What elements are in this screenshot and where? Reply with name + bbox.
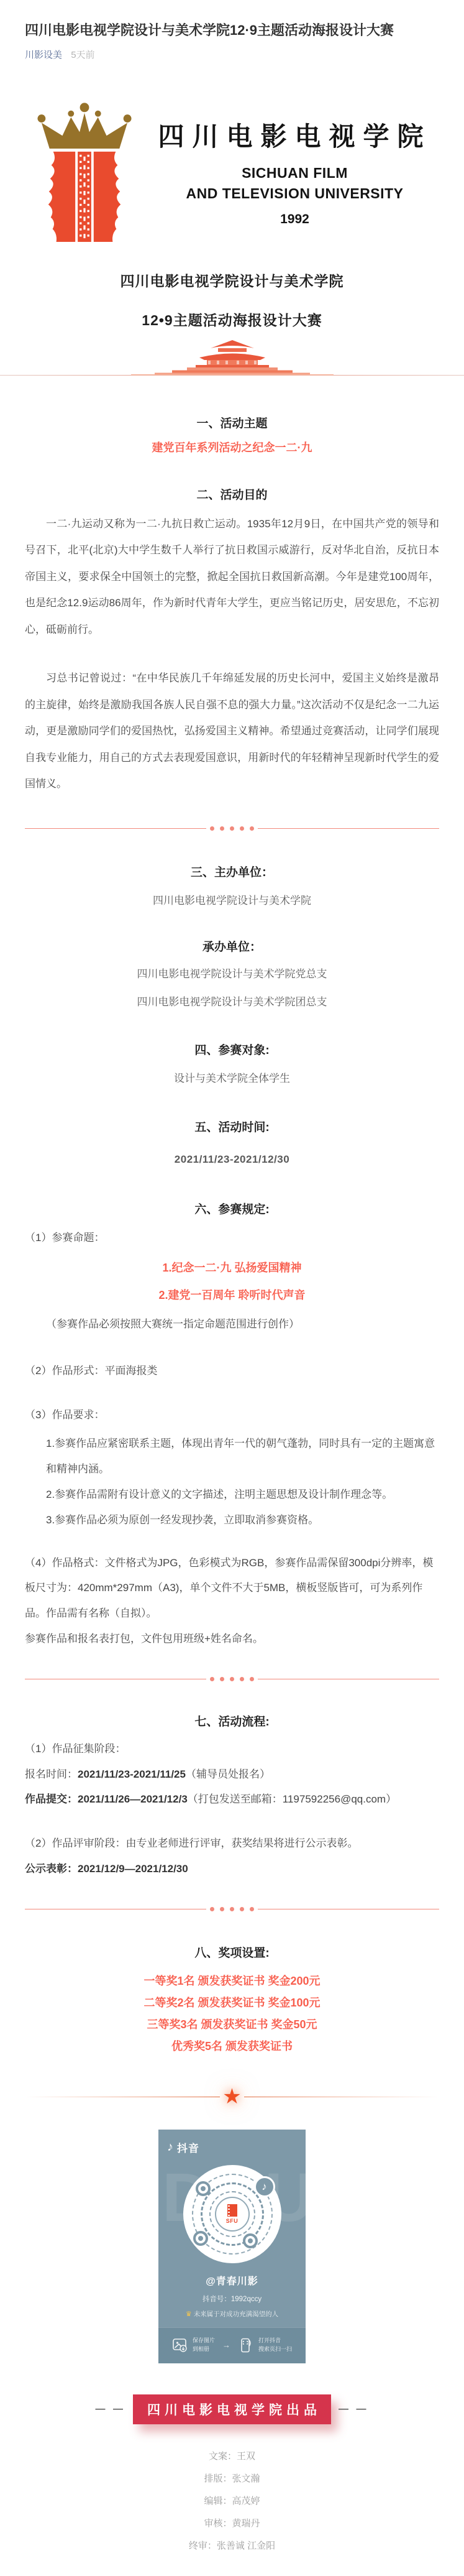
douyin-logo-icon: ♪ [167, 2140, 173, 2154]
award-excellence: 优秀奖5名 颁发获奖证书 [0, 2036, 464, 2057]
qr-instructions: 保存图片到相册 → 打开抖音搜索页扫一扫 [158, 2327, 306, 2363]
production-banner: 四川电影电视学院出品 [133, 2394, 331, 2424]
qr-code: ♪ SFU [183, 2165, 281, 2263]
topic-note: （参赛作品必须按照大赛统一指定命题范围进行创作） [25, 1312, 439, 1337]
qr-eye-icon [196, 2181, 211, 2196]
packaging-note: 参赛作品和报名表打包，文件包用班级+姓名命名。 [25, 1627, 439, 1652]
organizer-unit-2: 四川电影电视学院设计与美术学院团总支 [0, 994, 464, 1010]
submission-line: 作品提交：2021/11/26—2021/12/3（打包发送至邮箱：119759… [25, 1787, 439, 1812]
dot-divider [25, 826, 439, 831]
section-6-title: 六、参赛规定: [0, 1200, 464, 1217]
douyin-slogan: ♛未来属于对成功充满渴望的人 [158, 2309, 306, 2319]
participants: 设计与美术学院全体学生 [0, 1070, 464, 1087]
registration-line: 报名时间：2021/11/23-2021/11/25（辅导员处报名） [25, 1762, 439, 1788]
submission-note: （打包发送至邮箱：1197592256@qq.com） [188, 1793, 396, 1805]
byline: 川影设美 5天前 [25, 48, 439, 61]
divider-dots-icon [210, 1907, 254, 1911]
dot-divider [25, 1907, 439, 1911]
dot-divider [25, 1677, 439, 1681]
registration-label: 报名时间： [25, 1768, 78, 1780]
douyin-brand-label: 抖音 [177, 2140, 199, 2155]
submission-dates: 2021/11/26—2021/12/3 [78, 1793, 188, 1805]
banner-dash-left: — — [96, 2404, 125, 2415]
palace-illustration [0, 341, 464, 379]
arrow-icon: → [222, 2340, 230, 2350]
registration-dates: 2021/11/23-2021/11/25 [78, 1768, 186, 1780]
credit-reviewer: 审核：黄瑞丹 [0, 2513, 464, 2535]
byline-time: 5天前 [71, 50, 94, 60]
logo-cn-name: 四川电影电视学院 [158, 116, 431, 154]
work-format: （4）作品格式：文件格式为JPG，色彩模式为RGB，参赛作品需保留300dpi分… [25, 1551, 439, 1627]
requirement-2: 2.参赛作品需附有设计意义的文字描述，注明主题思想及设计制作理念等。 [25, 1482, 439, 1508]
logo-year: 1992 [158, 212, 431, 227]
article-page: 四川电影电视学院设计与美术学院12·9主题活动海报设计大赛 川影设美 5天前 [0, 0, 464, 2576]
host-unit: 四川电影电视学院设计与美术学院 [0, 892, 464, 909]
qr-eye-icon [193, 2231, 208, 2246]
registration-note: （辅导员处报名） [186, 1768, 270, 1780]
star-icon: ★ [222, 2086, 241, 2107]
topic-label: （1）参赛命题： [25, 1226, 439, 1251]
award-first: 一等奖1名 颁发获奖证书 奖金200元 [0, 1970, 464, 1992]
douyin-brand: ♪ 抖音 [158, 2140, 306, 2155]
hero-title-line1: 四川电影电视学院设计与美术学院 [0, 270, 464, 290]
stage-2-line: （2）作品评审阶段：由专业老师进行评审，获奖结果将进行公示表彰。 [25, 1831, 439, 1857]
douyin-id: 抖音号：1992qccy [158, 2294, 306, 2304]
publicity-label: 公示表彰： [25, 1863, 78, 1875]
credit-layout: 排版：张文瀚 [0, 2468, 464, 2490]
film-strip-icon [227, 2204, 237, 2217]
save-image-hint: 保存图片到相册 [172, 2337, 215, 2353]
production-banner-row: — — 四川电影电视学院出品 — — [0, 2394, 464, 2424]
activity-theme: 建党百年系列活动之纪念一二·九 [0, 437, 464, 458]
crown-icon: ♛ [186, 2311, 192, 2318]
hero-title-line2: 12•9主题活动海报设计大赛 [0, 309, 464, 330]
crown-faces-logo-icon [32, 99, 137, 244]
work-requirements-label: （3）作品要求： [25, 1403, 439, 1428]
banner-dash-right: — — [339, 2404, 368, 2415]
sfu-mini-logo: SFU [215, 2197, 250, 2232]
award-second: 二等奖2名 颁发获奖证书 奖金100元 [0, 1992, 464, 2014]
submission-label: 作品提交： [25, 1793, 78, 1805]
topic-option-2: 2.建党一百周年 聆听时代声音 [0, 1285, 464, 1306]
section-5-title: 五、活动时间: [0, 1118, 464, 1135]
page-title: 四川电影电视学院设计与美术学院12·9主题活动海报设计大赛 [25, 21, 439, 40]
divider-dots-icon [210, 826, 254, 831]
divider-dots-icon [210, 1677, 254, 1681]
douyin-note-badge-icon: ♪ [254, 2176, 275, 2197]
logo-en-line1: SICHUAN FILM [158, 164, 431, 183]
activity-dates: 2021/11/23-2021/12/30 [0, 1151, 464, 1168]
save-image-icon [172, 2337, 188, 2353]
douyin-handle: @青春川影 [158, 2273, 306, 2287]
publicity-line: 公示表彰：2021/12/9—2021/12/30 [25, 1857, 439, 1882]
douyin-qr-card: DSU ♪ 抖音 ♪ SFU @青春川影 抖音号：1992qccy [158, 2130, 306, 2363]
article-header: 四川电影电视学院设计与美术学院12·9主题活动海报设计大赛 川影设美 5天前 [0, 0, 464, 61]
byline-author-link[interactable]: 川影设美 [25, 50, 62, 60]
purpose-paragraph-2: 习总书记曾说过：“在中华民族几千年绵延发展的历史长河中，爱国主义始终是激昂的主旋… [25, 665, 439, 798]
section-2-title: 二、活动目的 [0, 486, 464, 502]
star-divider: ★ [25, 2086, 439, 2107]
publicity-dates: 2021/12/9—2021/12/30 [78, 1863, 188, 1875]
credit-copywriter: 文案：王双 [0, 2445, 464, 2468]
open-douyin-hint: 打开抖音搜索页扫一扫 [238, 2337, 292, 2353]
work-form: （2）作品形式：平面海报类 [25, 1359, 439, 1384]
section-7-title: 七、活动流程: [0, 1712, 464, 1729]
stage-1-label: （1）作品征集阶段： [25, 1737, 439, 1762]
qr-eye-icon [243, 2233, 258, 2248]
university-logo-text: 四川电影电视学院 SICHUAN FILM AND TELEVISION UNI… [158, 116, 431, 227]
palace-icon [130, 339, 335, 376]
purpose-paragraph-1: 一二·九运动又称为一二·九抗日救亡运动。1935年12月9日，在中国共产党的领导… [25, 511, 439, 644]
topic-option-1: 1.纪念一二·九 弘扬爱国精神 [0, 1257, 464, 1278]
requirement-1: 1.参赛作品应紧密联系主题，体现出青年一代的朝气蓬勃，同时具有一定的主题寓意和精… [25, 1431, 439, 1482]
credit-editor: 编辑：高茂婷 [0, 2490, 464, 2513]
organizer-title: 承办单位： [0, 938, 464, 954]
credits-block: 文案：王双 排版：张文瀚 编辑：高茂婷 审核：黄瑞丹 终审：张善诚 江金阳 [0, 2445, 464, 2557]
credit-final-review: 终审：张善诚 江金阳 [0, 2535, 464, 2557]
organizer-unit-1: 四川电影电视学院设计与美术学院党总支 [0, 966, 464, 982]
section-8-title: 八、奖项设置: [0, 1944, 464, 1960]
phone-scan-icon [238, 2337, 254, 2353]
section-1-title: 一、活动主题 [0, 414, 464, 431]
award-third: 三等奖3名 颁发获奖证书 奖金50元 [0, 2014, 464, 2036]
requirement-3: 3.参赛作品必须为原创一经发现抄袭，立即取消参赛资格。 [25, 1508, 439, 1533]
university-logo: 四川电影电视学院 SICHUAN FILM AND TELEVISION UNI… [0, 99, 464, 244]
section-3-title: 三、主办单位： [0, 863, 464, 880]
logo-en-line2: AND TELEVISION UNIVERSITY [158, 184, 431, 203]
section-4-title: 四、参赛对象: [0, 1041, 464, 1058]
